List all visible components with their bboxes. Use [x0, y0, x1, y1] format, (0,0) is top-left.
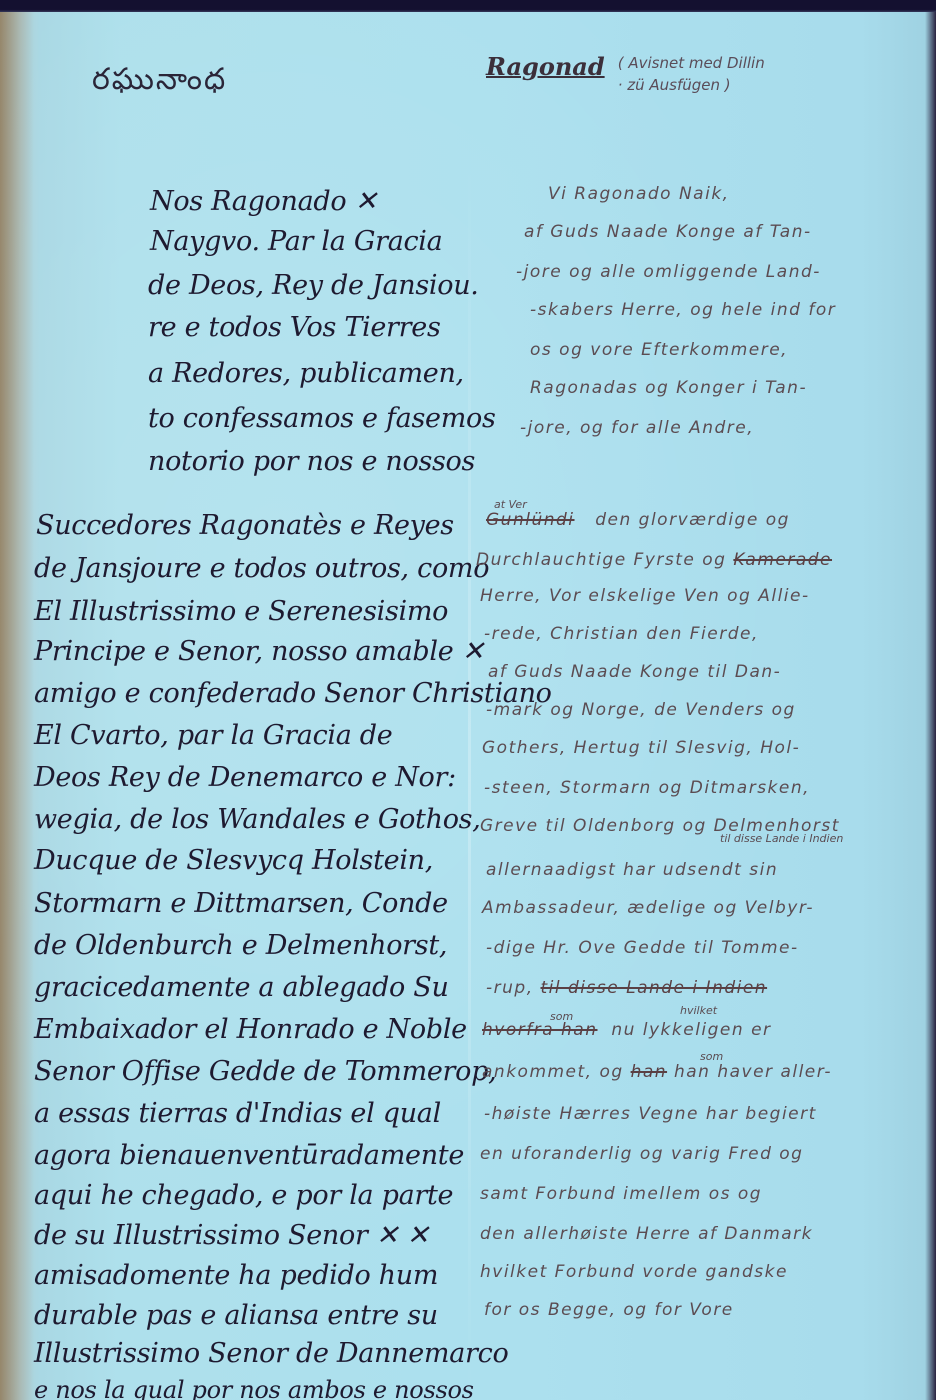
- da-line: -rede, Christian den Fierde,: [484, 624, 759, 644]
- struck-word: Kamerade: [733, 550, 832, 570]
- da-line: -skabers Herre, og hele ind for: [530, 300, 836, 320]
- da-line: for os Begge, og for Vore: [484, 1300, 734, 1320]
- da-text: nu lykkeligen er: [611, 1020, 771, 1040]
- pt-line: Embaixador el Honrado e Noble: [34, 1014, 467, 1045]
- da-line: hvorfra han nu lykkeligen er: [482, 1020, 772, 1040]
- da-line: -rup, til disse Lande i Indien: [486, 978, 767, 998]
- da-line: Gunlündi den glorværdige og: [486, 510, 790, 530]
- pt-line: agora bienauenventūradamente: [34, 1140, 464, 1171]
- da-line: samt Forbund imellem os og: [480, 1184, 762, 1204]
- da-text: Durchlauchtige Fyrste og: [476, 550, 726, 570]
- telugu-signature: రఘునాంధ: [92, 62, 227, 104]
- pt-line: Stormarn e Dittmarsen, Conde: [34, 888, 448, 919]
- struck-phrase: hvorfra han: [482, 1020, 598, 1040]
- pt-line: de Deos, Rey de Jansiou.: [148, 270, 479, 301]
- da-text: ankommet, og: [482, 1062, 624, 1082]
- struck-word: Gunlündi: [486, 510, 575, 530]
- pt-line: amisadomente ha pedido hum: [34, 1260, 438, 1291]
- pt-line: gracicedamente a ablegado Su: [34, 972, 449, 1003]
- pt-line: e nos la qual por nos ambos e nossos: [34, 1376, 474, 1400]
- pt-line: Nos Ragonado ✕: [150, 186, 377, 217]
- da-line: af Guds Naade Konge til Dan-: [488, 662, 781, 682]
- pt-line: a Redores, publicamen,: [148, 358, 464, 389]
- pt-line: wegia, de los Wandales e Gothos,: [34, 804, 481, 835]
- pt-line: de Oldenburch e Delmenhorst,: [34, 930, 447, 961]
- heading-note-line-1: ( Avisnet med Dillin: [618, 54, 765, 72]
- pt-line: Principe e Senor, nosso amable ✕: [34, 636, 484, 667]
- da-line: Herre, Vor elskelige Ven og Allie-: [480, 586, 810, 606]
- struck-phrase: til disse Lande i Indien: [541, 978, 768, 998]
- pt-line: Illustrissimo Senor de Dannemarco: [34, 1338, 508, 1369]
- da-line: af Guds Naade Konge af Tan-: [524, 222, 812, 242]
- pt-line: re e todos Vos Tierres: [148, 312, 441, 343]
- pt-line: aqui he chegado, e por la parte: [34, 1180, 453, 1211]
- da-text: -rup,: [486, 978, 534, 998]
- heading-note: ( Avisnet med Dillin · zü Ausfügen ): [618, 52, 765, 96]
- pt-line: Ducque de Slesvycq Holstein,: [34, 845, 433, 876]
- da-line: -høiste Hærres Vegne har begiert: [484, 1104, 817, 1124]
- pt-line: a essas tierras d'Indias el qual: [34, 1098, 441, 1129]
- da-line: Gothers, Hertug til Slesvig, Hol-: [482, 738, 800, 758]
- heading-note-line-2: · zü Ausfügen ): [618, 76, 731, 94]
- da-line: Ragonadas og Konger i Tan-: [530, 378, 807, 398]
- pt-line: El Cvarto, par la Gracia de: [34, 720, 392, 751]
- da-line: ankommet, og han han haver aller-: [482, 1062, 832, 1082]
- pt-line: El Illustrissimo e Serenesisimo: [34, 596, 448, 627]
- da-line: -jore og alle omliggende Land-: [516, 262, 821, 282]
- pt-line: Deos Rey de Denemarco e Nor:: [34, 762, 456, 793]
- binding-shadow: [0, 12, 34, 1400]
- pt-line: de su Illustrissimo Senor ✕ ✕: [34, 1220, 429, 1251]
- da-line: -mark og Norge, de Venders og: [486, 700, 796, 720]
- pt-line: Succedores Ragonatès e Reyes: [36, 510, 454, 541]
- da-line: Greve til Oldenborg og Delmenhorst: [480, 816, 840, 836]
- da-text: den glorværdige og: [595, 510, 790, 530]
- pt-line: Naygvo. Par la Gracia: [150, 226, 442, 257]
- da-line: en uforanderlig og varig Fred og: [480, 1144, 803, 1164]
- da-line: -dige Hr. Ove Gedde til Tomme-: [486, 938, 799, 958]
- pt-line: durable pas e aliansa entre su: [34, 1300, 438, 1331]
- da-line: den allerhøiste Herre af Danmark: [480, 1224, 813, 1244]
- pt-line: de Jansjoure e todos outros, como: [34, 553, 489, 584]
- da-line: -jore, og for alle Andre,: [520, 418, 754, 438]
- da-text: han haver aller-: [674, 1062, 832, 1082]
- da-line: -steen, Stormarn og Ditmarsken,: [484, 778, 810, 798]
- da-line: Durchlauchtige Fyrste og Kamerade: [476, 550, 832, 570]
- center-fold: [468, 160, 471, 1400]
- right-heading: Ragonad ( Avisnet med Dillin · zü Ausfüg…: [486, 52, 926, 96]
- da-line: os og vore Efterkommere,: [530, 340, 788, 360]
- pt-line: Senor Offise Gedde de Tommerop,: [34, 1056, 496, 1087]
- da-line: hvilket Forbund vorde gandske: [480, 1262, 788, 1282]
- struck-word: han: [631, 1062, 667, 1082]
- pt-line: notorio por nos e nossos: [148, 446, 475, 477]
- pt-line: amigo e confederado Senor Christiano: [34, 678, 552, 709]
- da-line: allernaadigst har udsendt sin: [486, 860, 778, 880]
- da-line: Ambassadeur, ædelige og Velbyr-: [482, 898, 814, 918]
- interlinear-insert: hvilket: [680, 1004, 717, 1017]
- pt-line: to confessamos e fasemos: [148, 403, 496, 434]
- heading-title: Ragonad: [486, 52, 605, 81]
- da-line: Vi Ragonado Naik,: [548, 184, 730, 204]
